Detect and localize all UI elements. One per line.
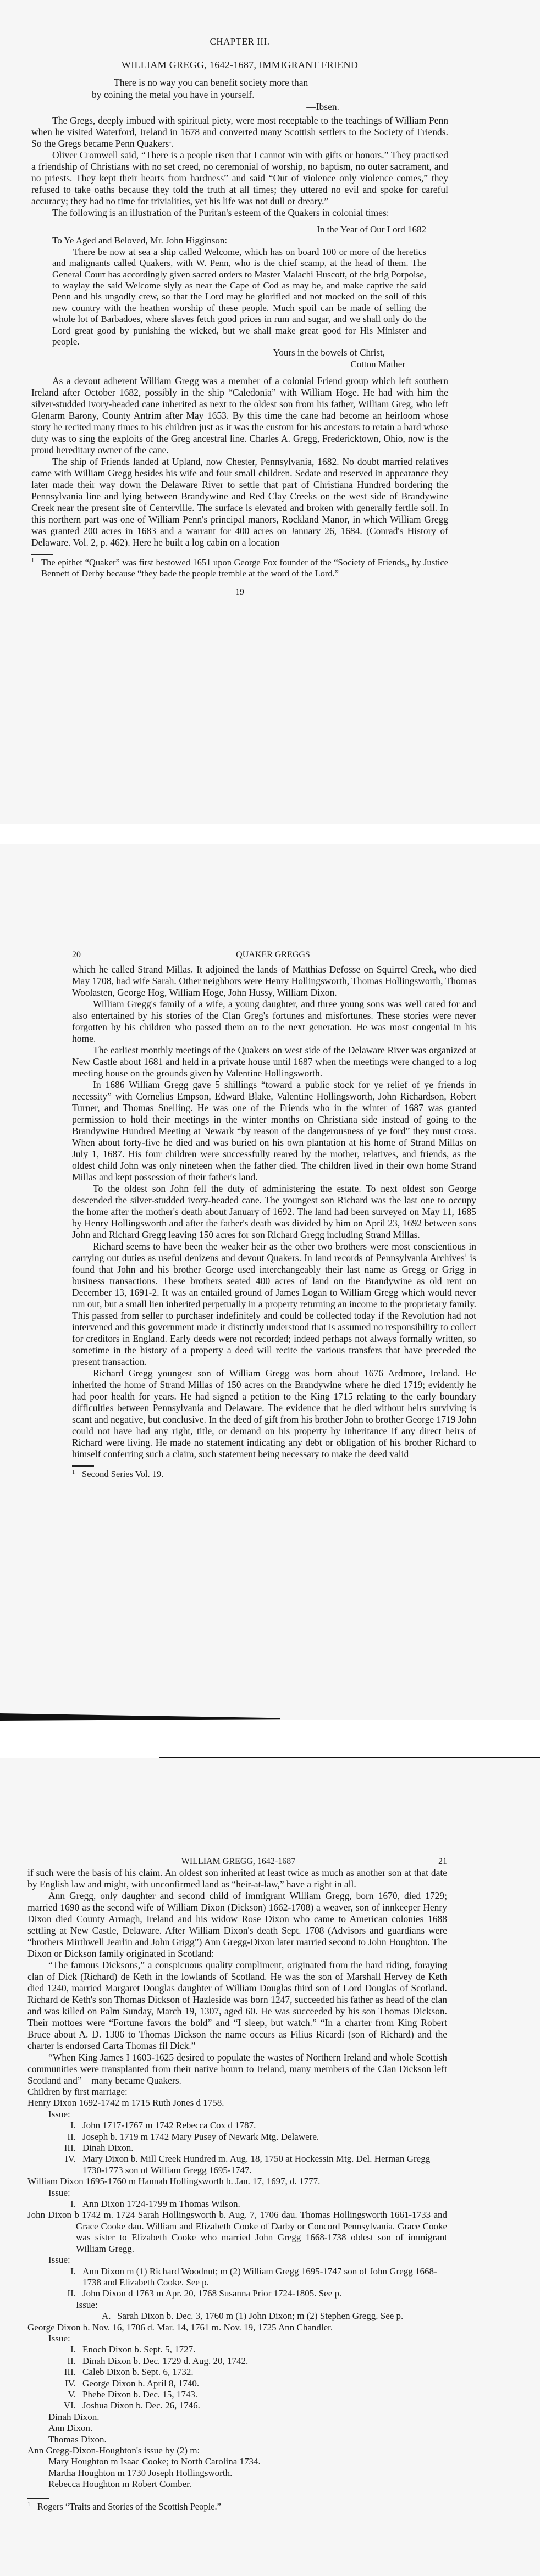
- footnote-text: Second Series Vol. 19.: [82, 1469, 476, 1480]
- genealogy-entry: II.Joseph b. 1719 m 1742 Mary Pusey of N…: [27, 2131, 447, 2142]
- genealogy-entry: William Dixon 1695-1760 m Hannah Holling…: [27, 2176, 447, 2187]
- genealogy-entry: Issue:: [27, 2255, 447, 2266]
- letter-body: There be now at sea a ship called Welcom…: [52, 247, 426, 348]
- entry-text: Sarah Dixon b. Dec. 3, 1760 m (1) John D…: [117, 2311, 447, 2322]
- entry-text: Mary Dixon b. Mill Creek Hundred m. Aug.…: [82, 2153, 447, 2176]
- entry-numeral: III.: [60, 2367, 82, 2378]
- page-gap: [0, 824, 540, 844]
- paragraph: The following is an illustration of the …: [31, 207, 448, 219]
- footnote-mark: 1: [31, 557, 41, 579]
- genealogy-entry: IV.George Dixon b. April 8, 1740.: [27, 2378, 447, 2389]
- entry-numeral: II.: [60, 2288, 82, 2299]
- entry-numeral: VI.: [60, 2400, 82, 2411]
- paragraph: The Gregs, deeply imbued with spiritual …: [31, 115, 448, 149]
- letter-date: In the Year of Our Lord 1682: [52, 224, 426, 235]
- footnote-ref[interactable]: 1: [169, 138, 172, 144]
- quoted-letter: In the Year of Our Lord 1682 To Ye Aged …: [52, 224, 426, 370]
- paragraph: In 1686 William Gregg gave 5 shillings “…: [72, 1079, 476, 1183]
- entry-numeral: II.: [60, 2356, 82, 2367]
- genealogy-entry: V.Phebe Dixon b. Dec. 15, 1743.: [27, 2389, 447, 2400]
- genealogy-entry: I.Ann Dixon m (1) Richard Woodnut; m (2)…: [27, 2266, 447, 2289]
- genealogy-entry: I.Ann Dixon 1724-1799 m Thomas Wilson.: [27, 2199, 447, 2209]
- genealogy-entry: Mary Houghton m Isaac Cooke; to North Ca…: [27, 2456, 447, 2467]
- genealogy-entry: II.Dinah Dixon b. Dec. 1729 d. Aug. 20, …: [27, 2356, 447, 2367]
- genealogy-entry: George Dixon b. Nov. 16, 1706 d. Mar. 14…: [27, 2322, 447, 2333]
- genealogy-entry: II.John Dixon d 1763 m Apr. 20, 1768 Sus…: [27, 2288, 447, 2299]
- genealogy-entry: Thomas Dixon.: [27, 2434, 447, 2445]
- entry-numeral: IV.: [60, 2153, 82, 2176]
- genealogy-entry: A.Sarah Dixon b. Dec. 3, 1760 m (1) John…: [27, 2311, 447, 2322]
- genealogy-entry: IV.Mary Dixon b. Mill Creek Hundred m. A…: [27, 2153, 447, 2176]
- chapter-heading: CHAPTER III.: [31, 33, 448, 53]
- footnote-text: Rogers “Traits and Stories of the Scotti…: [37, 2501, 447, 2512]
- paragraph: The ship of Friends landed at Upland, no…: [31, 456, 448, 548]
- running-head: 20 QUAKER GREGGS: [72, 950, 476, 961]
- paragraph: To the oldest son John fell the duty of …: [72, 1183, 476, 1241]
- paragraph: As a devout adherent William Gregg was a…: [31, 375, 448, 456]
- footnote: 1 The epithet “Quaker” was first bestowe…: [31, 557, 448, 579]
- paragraph: if such were the basis of his claim. An …: [27, 1867, 447, 1890]
- page-number: 20: [72, 950, 81, 961]
- genealogy-entry: Children by first marriage:: [27, 2086, 447, 2097]
- footnote-rule: [31, 554, 53, 555]
- entry-text: Joshua Dixon b. Dec. 26, 1746.: [82, 2400, 447, 2411]
- paragraph: Ann Gregg, only daughter and second chil…: [27, 1890, 447, 1959]
- page-number: 21: [438, 1856, 447, 1867]
- entry-text: John Dixon d 1763 m Apr. 20, 1768 Susann…: [82, 2288, 447, 2299]
- entry-numeral: A.: [102, 2311, 117, 2322]
- epigraph: There is no way you can benefit society …: [92, 76, 339, 113]
- paragraph: William Gregg's family of a wife, a youn…: [72, 998, 476, 1045]
- entry-text: John 1717-1767 m 1742 Rebecca Cox d 1787…: [82, 2120, 447, 2131]
- letter-signature: Cotton Mather: [52, 359, 405, 370]
- page-21: WILLIAM GREGG, 1642-1687 21 if such were…: [27, 1856, 447, 2512]
- scan-artifact-line: [159, 1757, 540, 1758]
- genealogy-list: Children by first marriage:Henry Dixon 1…: [27, 2086, 447, 2490]
- paragraph: Richard Gregg youngest son of William Gr…: [72, 1368, 476, 1460]
- entry-text: Dinah Dixon.: [82, 2142, 447, 2153]
- entry-text: Ann Dixon m (1) Richard Woodnut; m (2) W…: [82, 2266, 447, 2289]
- page-number: 19: [31, 587, 448, 597]
- entry-numeral: I.: [60, 2266, 82, 2289]
- genealogy-entry: Issue:: [27, 2109, 447, 2120]
- footnote-rule: [27, 2498, 49, 2499]
- genealogy-entry: Rebecca Houghton m Robert Comber.: [27, 2479, 447, 2490]
- letter-salutation: To Ye Aged and Beloved, Mr. John Higgins…: [52, 235, 426, 246]
- genealogy-entry: I.Enoch Dixon b. Sept. 5, 1727.: [27, 2344, 447, 2355]
- genealogy-entry: Ann Dixon.: [27, 2423, 447, 2434]
- running-head: WILLIAM GREGG, 1642-1687 21: [27, 1856, 447, 1867]
- entry-text: Caleb Dixon b. Sept. 6, 1732.: [82, 2367, 447, 2378]
- epigraph-attribution: —Ibsen.: [92, 101, 339, 113]
- paragraph: “The famous Dicksons,” a conspicuous qua…: [27, 1959, 447, 2052]
- entry-numeral: I.: [60, 2199, 82, 2209]
- genealogy-entry: Martha Houghton m 1730 Joseph Hollingswo…: [27, 2468, 447, 2479]
- running-title: QUAKER GREGGS: [81, 950, 465, 961]
- genealogy-entry: John Dixon b 1742 m. 1724 Sarah Hollings…: [27, 2209, 447, 2255]
- epigraph-line: by coining the metal you have in yoursel…: [92, 88, 339, 101]
- page-20: 20 QUAKER GREGGS which he called Strand …: [72, 950, 476, 1480]
- genealogy-entry: VI.Joshua Dixon b. Dec. 26, 1746.: [27, 2400, 447, 2411]
- paragraph: The earliest monthly meetings of the Qua…: [72, 1045, 476, 1079]
- entry-text: Ann Dixon 1724-1799 m Thomas Wilson.: [82, 2199, 447, 2209]
- genealogy-entry: III.Dinah Dixon.: [27, 2142, 447, 2153]
- footnote: 1 Rogers “Traits and Stories of the Scot…: [27, 2501, 447, 2512]
- footnote-text: The epithet “Quaker” was first bestowed …: [41, 557, 448, 579]
- entry-text: Dinah Dixon b. Dec. 1729 d. Aug. 20, 174…: [82, 2356, 447, 2367]
- genealogy-entry: Issue:: [27, 2188, 447, 2199]
- footnote-rule: [72, 1465, 94, 1467]
- paragraph: Richard seems to have been the weaker he…: [72, 1241, 476, 1368]
- page-19: CHAPTER III. WILLIAM GREGG, 1642-1687, I…: [31, 33, 448, 597]
- entry-numeral: I.: [60, 2120, 82, 2131]
- entry-numeral: II.: [60, 2131, 82, 2142]
- footnote: 1 Second Series Vol. 19.: [72, 1469, 476, 1480]
- genealogy-entry: Henry Dixon 1692-1742 m 1715 Ruth Jones …: [27, 2097, 447, 2108]
- entry-text: Phebe Dixon b. Dec. 15, 1743.: [82, 2389, 447, 2400]
- genealogy-entry: I.John 1717-1767 m 1742 Rebecca Cox d 17…: [27, 2120, 447, 2131]
- genealogy-entry: Issue:: [27, 2333, 447, 2344]
- footnote-mark: 1: [27, 2501, 37, 2512]
- paragraph: which he called Strand Millas. It adjoin…: [72, 964, 476, 998]
- entry-numeral: I.: [60, 2344, 82, 2355]
- footnote-mark: 1: [72, 1469, 82, 1480]
- entry-numeral: III.: [60, 2142, 82, 2153]
- page-gap: [0, 1720, 540, 1758]
- genealogy-entry: Issue:: [27, 2300, 447, 2311]
- genealogy-entry: Ann Gregg-Dixon-Houghton's issue by (2) …: [27, 2445, 447, 2456]
- genealogy-entry: III.Caleb Dixon b. Sept. 6, 1732.: [27, 2367, 447, 2378]
- paragraph: “When King James I 1603-1625 desired to …: [27, 2052, 447, 2086]
- entry-text: George Dixon b. April 8, 1740.: [82, 2378, 447, 2389]
- paragraph: Oliver Cromwell said, “There is a people…: [31, 149, 448, 207]
- letter-closing: Yours in the bowels of Christ,: [52, 347, 385, 358]
- entry-text: Enoch Dixon b. Sept. 5, 1727.: [82, 2344, 447, 2355]
- entry-numeral: V.: [60, 2389, 82, 2400]
- running-title: WILLIAM GREGG, 1642-1687: [38, 1856, 438, 1867]
- entry-numeral: IV.: [60, 2378, 82, 2389]
- genealogy-entry: Dinah Dixon.: [27, 2412, 447, 2423]
- chapter-title: WILLIAM GREGG, 1642-1687, IMMIGRANT FRIE…: [31, 59, 448, 71]
- entry-text: Joseph b. 1719 m 1742 Mary Pusey of Newa…: [82, 2131, 447, 2142]
- epigraph-line: There is no way you can benefit society …: [92, 76, 339, 88]
